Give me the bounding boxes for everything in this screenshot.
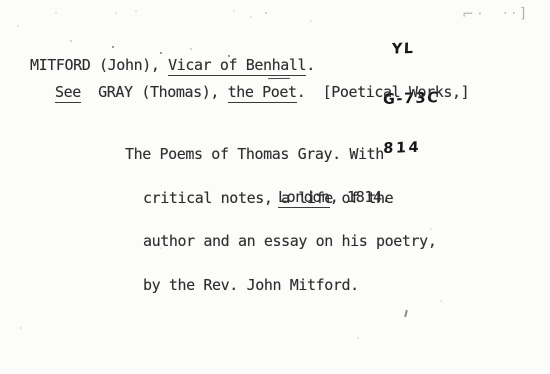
scan-speck: [430, 228, 432, 230]
title-line-3: author and an essay on his poetry,: [125, 234, 436, 249]
scan-speck: [115, 12, 117, 14]
call-number-line-1: YL: [391, 40, 441, 58]
scan-speck: [70, 40, 72, 42]
scan-speck: [190, 48, 192, 50]
underline-fragment: [268, 78, 290, 79]
see-tail: . [Poetical Works,]: [297, 83, 470, 101]
scan-speck: [135, 10, 137, 12]
see-target-underlined: the Poet: [228, 83, 297, 103]
scan-speck: [310, 20, 312, 22]
see-reference-line: See GRAY (Thomas), the Poet. [Poetical W…: [55, 85, 469, 100]
imprint-rest: , 1814.: [330, 188, 390, 206]
heading-period: .: [306, 56, 315, 74]
heading-line: MITFORD (John), Vicar of Benhall.: [30, 58, 315, 73]
scan-speck: [160, 52, 162, 54]
scan-speck: [17, 25, 19, 27]
imprint-line: London, 1814.: [278, 190, 390, 205]
see-middle: GRAY (Thomas),: [81, 83, 228, 101]
heading-name: MITFORD (John),: [30, 56, 168, 74]
scan-speck: [55, 12, 57, 14]
scan-speck: [160, 247, 162, 249]
title-line-1: The Poems of Thomas Gray. With: [125, 147, 436, 162]
imprint-place-underlined: London: [278, 188, 330, 208]
scan-speck: [112, 46, 114, 48]
scan-speck: [250, 16, 252, 18]
heading-title-underlined: Vicar of Benhall: [168, 56, 306, 76]
scan-speck: [233, 10, 235, 12]
catalog-card: ⌐· ··] YL G-73C 814 MITFORD (John), Vica…: [0, 0, 550, 374]
scan-speck: [440, 300, 442, 302]
title-paragraph: The Poems of Thomas Gray. With critical …: [125, 118, 436, 321]
scan-speck: [357, 337, 359, 339]
title-line-4: by the Rev. John Mitford.: [125, 278, 436, 293]
scan-speck: [265, 12, 267, 14]
scan-speck: [228, 55, 230, 57]
see-label: See: [55, 83, 81, 103]
faded-pencil-marks: ⌐· ··]: [462, 5, 530, 22]
scan-speck: [20, 327, 22, 329]
